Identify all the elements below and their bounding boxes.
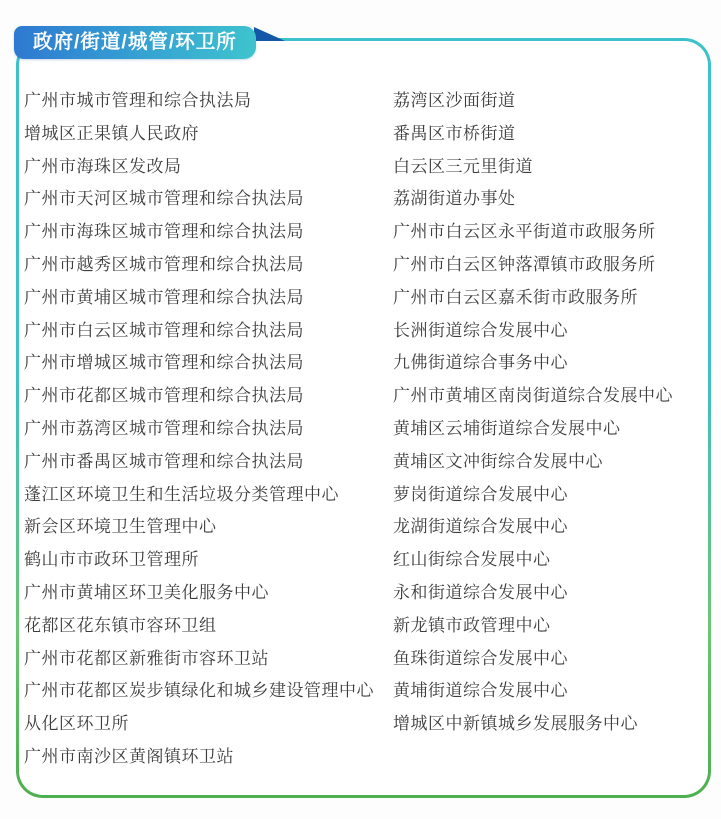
list-item: 广州市黄埔区环卫美化服务中心 [24,577,393,610]
list-item: 花都区花东镇市容环卫组 [24,610,393,643]
list-item: 白云区三元里街道 [393,151,698,184]
list-item: 萝岗街道综合发展中心 [393,479,698,512]
list-item: 从化区环卫所 [24,708,393,741]
list-item: 永和街道综合发展中心 [393,577,698,610]
list-item: 广州市花都区新雅街市容环卫站 [24,643,393,676]
list-item: 黄埔区文冲街综合发展中心 [393,446,698,479]
list-item: 蓬江区环境卫生和生活垃圾分类管理中心 [24,479,393,512]
list-item: 广州市黄埔区南岗街道综合发展中心 [393,380,698,413]
list-item: 新龙镇市政管理中心 [393,610,698,643]
list-item: 广州市天河区城市管理和综合执法局 [24,183,393,216]
list-item: 广州市白云区嘉禾街市政服务所 [393,282,698,315]
section-header-badge: 政府/街道/城管/环卫所 [14,26,256,59]
list-item: 广州市黄埔区城市管理和综合执法局 [24,282,393,315]
list-item: 广州市海珠区城市管理和综合执法局 [24,216,393,249]
list-item: 新会区环境卫生管理中心 [24,511,393,544]
page: 广州市城市管理和综合执法局增城区正果镇人民政府广州市海珠区发改局广州市天河区城市… [0,0,721,819]
list-item: 鹤山市市政环卫管理所 [24,544,393,577]
list-item: 长洲街道综合发展中心 [393,315,698,348]
list-card-inner: 广州市城市管理和综合执法局增城区正果镇人民政府广州市海珠区发改局广州市天河区城市… [19,41,708,795]
list-item: 广州市花都区城市管理和综合执法局 [24,380,393,413]
list-item: 广州市南沙区黄阁镇环卫站 [24,741,393,774]
list-item: 荔湾区沙面街道 [393,85,698,118]
list-item: 黄埔区云埔街道综合发展中心 [393,413,698,446]
list-item: 广州市白云区钟落潭镇市政服务所 [393,249,698,282]
list-item: 九佛街道综合事务中心 [393,347,698,380]
list-item: 广州市花都区炭步镇绿化和城乡建设管理中心 [24,675,393,708]
list-item: 红山街综合发展中心 [393,544,698,577]
list-item: 广州市海珠区发改局 [24,151,393,184]
list-item: 广州市增城区城市管理和综合执法局 [24,347,393,380]
list-item: 荔湖街道办事处 [393,183,698,216]
right-column: 荔湾区沙面街道番禺区市桥街道白云区三元里街道荔湖街道办事处广州市白云区永平街道市… [393,85,698,774]
list-item: 广州市荔湾区城市管理和综合执法局 [24,413,393,446]
list-item: 龙湖街道综合发展中心 [393,511,698,544]
list-item: 增城区中新镇城乡发展服务中心 [393,708,698,741]
two-column-list: 广州市城市管理和综合执法局增城区正果镇人民政府广州市海珠区发改局广州市天河区城市… [19,41,708,774]
list-item: 鱼珠街道综合发展中心 [393,643,698,676]
list-item: 广州市白云区永平街道市政服务所 [393,216,698,249]
list-item: 番禺区市桥街道 [393,118,698,151]
list-item: 广州市白云区城市管理和综合执法局 [24,315,393,348]
list-item: 广州市番禺区城市管理和综合执法局 [24,446,393,479]
left-column: 广州市城市管理和综合执法局增城区正果镇人民政府广州市海珠区发改局广州市天河区城市… [24,85,393,774]
list-item: 广州市城市管理和综合执法局 [24,85,393,118]
list-item: 广州市越秀区城市管理和综合执法局 [24,249,393,282]
list-card: 广州市城市管理和综合执法局增城区正果镇人民政府广州市海珠区发改局广州市天河区城市… [16,38,711,798]
list-item: 增城区正果镇人民政府 [24,118,393,151]
section-title: 政府/街道/城管/环卫所 [33,31,237,53]
list-item: 黄埔街道综合发展中心 [393,675,698,708]
